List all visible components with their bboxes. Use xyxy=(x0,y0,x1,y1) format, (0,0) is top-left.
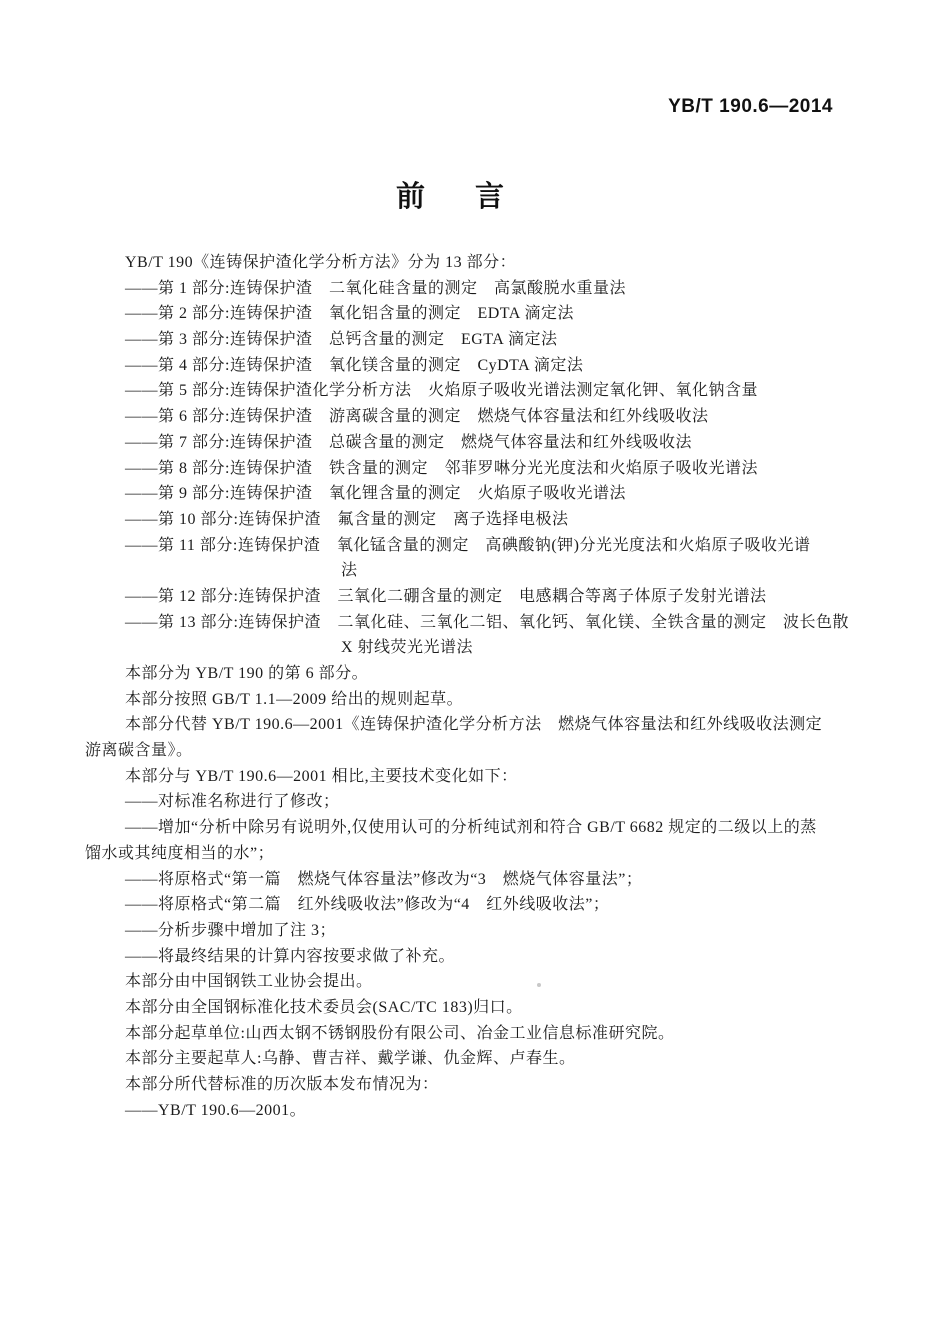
document-page: YB/T 190.6—2014 前言 YB/T 190《连铸保护渣化学分析方法》… xyxy=(0,0,950,1341)
body-line: ——增加“分析中除另有说明外,仅使用认可的分析纯试剂和符合 GB/T 6682 … xyxy=(85,815,875,841)
body-line: ——第 8 部分:连铸保护渣 铁含量的测定 邻菲罗啉分光光度法和火焰原子吸收光谱… xyxy=(85,456,875,482)
foreword-body: YB/T 190《连铸保护渣化学分析方法》分为 13 部分： ——第 1 部分:… xyxy=(85,250,875,1123)
body-line: ——YB/T 190.6—2001。 xyxy=(85,1098,875,1124)
body-line: ——第 4 部分:连铸保护渣 氧化镁含量的测定 CyDTA 滴定法 xyxy=(85,353,875,379)
body-line: 本部分代替 YB/T 190.6—2001《连铸保护渣化学分析方法 燃烧气体容量… xyxy=(85,712,875,738)
body-line: 本部分按照 GB/T 1.1—2009 给出的规则起草。 xyxy=(85,687,875,713)
body-line: 本部分为 YB/T 190 的第 6 部分。 xyxy=(85,661,875,687)
body-line: 法 xyxy=(85,558,875,584)
body-line: X 射线荧光光谱法 xyxy=(85,635,875,661)
body-line: ——第 11 部分:连铸保护渣 氧化锰含量的测定 高碘酸钠(钾)分光光度法和火焰… xyxy=(85,533,875,559)
body-line: ——将最终结果的计算内容按要求做了补充。 xyxy=(85,944,875,970)
body-line: ——将原格式“第二篇 红外线吸收法”修改为“4 红外线吸收法”； xyxy=(85,892,875,918)
body-line: 本部分所代替标准的历次版本发布情况为： xyxy=(85,1072,875,1098)
body-line: ——第 12 部分:连铸保护渣 三氧化二硼含量的测定 电感耦合等离子体原子发射光… xyxy=(85,584,875,610)
scan-speck xyxy=(537,983,541,987)
standard-code: YB/T 190.6—2014 xyxy=(668,96,833,118)
body-line: ——第 2 部分:连铸保护渣 氧化铝含量的测定 EDTA 滴定法 xyxy=(85,301,875,327)
body-line: 馏水或其纯度相当的水”； xyxy=(85,841,875,867)
body-line: ——对标准名称进行了修改； xyxy=(85,789,875,815)
body-line: 本部分主要起草人:乌静、曹吉祥、戴学谦、仇金辉、卢春生。 xyxy=(85,1046,875,1072)
body-line: ——第 7 部分:连铸保护渣 总碳含量的测定 燃烧气体容量法和红外线吸收法 xyxy=(85,430,875,456)
body-line: ——第 6 部分:连铸保护渣 游离碳含量的测定 燃烧气体容量法和红外线吸收法 xyxy=(85,404,875,430)
body-line: 本部分由中国钢铁工业协会提出。 xyxy=(85,969,875,995)
body-line: 游离碳含量》。 xyxy=(85,738,875,764)
body-line: ——第 9 部分:连铸保护渣 氧化锂含量的测定 火焰原子吸收光谱法 xyxy=(85,481,875,507)
body-line: ——第 1 部分:连铸保护渣 二氧化硅含量的测定 高氯酸脱水重量法 xyxy=(85,276,875,302)
body-line: ——第 3 部分:连铸保护渣 总钙含量的测定 EGTA 滴定法 xyxy=(85,327,875,353)
body-line: ——第 13 部分:连铸保护渣 二氧化硅、三氧化二铝、氧化钙、氧化镁、全铁含量的… xyxy=(85,610,875,636)
body-line: YB/T 190《连铸保护渣化学分析方法》分为 13 部分： xyxy=(85,250,875,276)
body-line: ——分析步骤中增加了注 3； xyxy=(85,918,875,944)
body-line: ——第 10 部分:连铸保护渣 氟含量的测定 离子选择电极法 xyxy=(85,507,875,533)
page-title: 前言 xyxy=(0,174,950,215)
body-line: 本部分起草单位:山西太钢不锈钢股份有限公司、冶金工业信息标准研究院。 xyxy=(85,1021,875,1047)
body-line: ——将原格式“第一篇 燃烧气体容量法”修改为“3 燃烧气体容量法”； xyxy=(85,867,875,893)
body-line: 本部分由全国钢标准化技术委员会(SAC/TC 183)归口。 xyxy=(85,995,875,1021)
body-line: 本部分与 YB/T 190.6—2001 相比,主要技术变化如下： xyxy=(85,764,875,790)
body-line: ——第 5 部分:连铸保护渣化学分析方法 火焰原子吸收光谱法测定氧化钾、氧化钠含… xyxy=(85,378,875,404)
